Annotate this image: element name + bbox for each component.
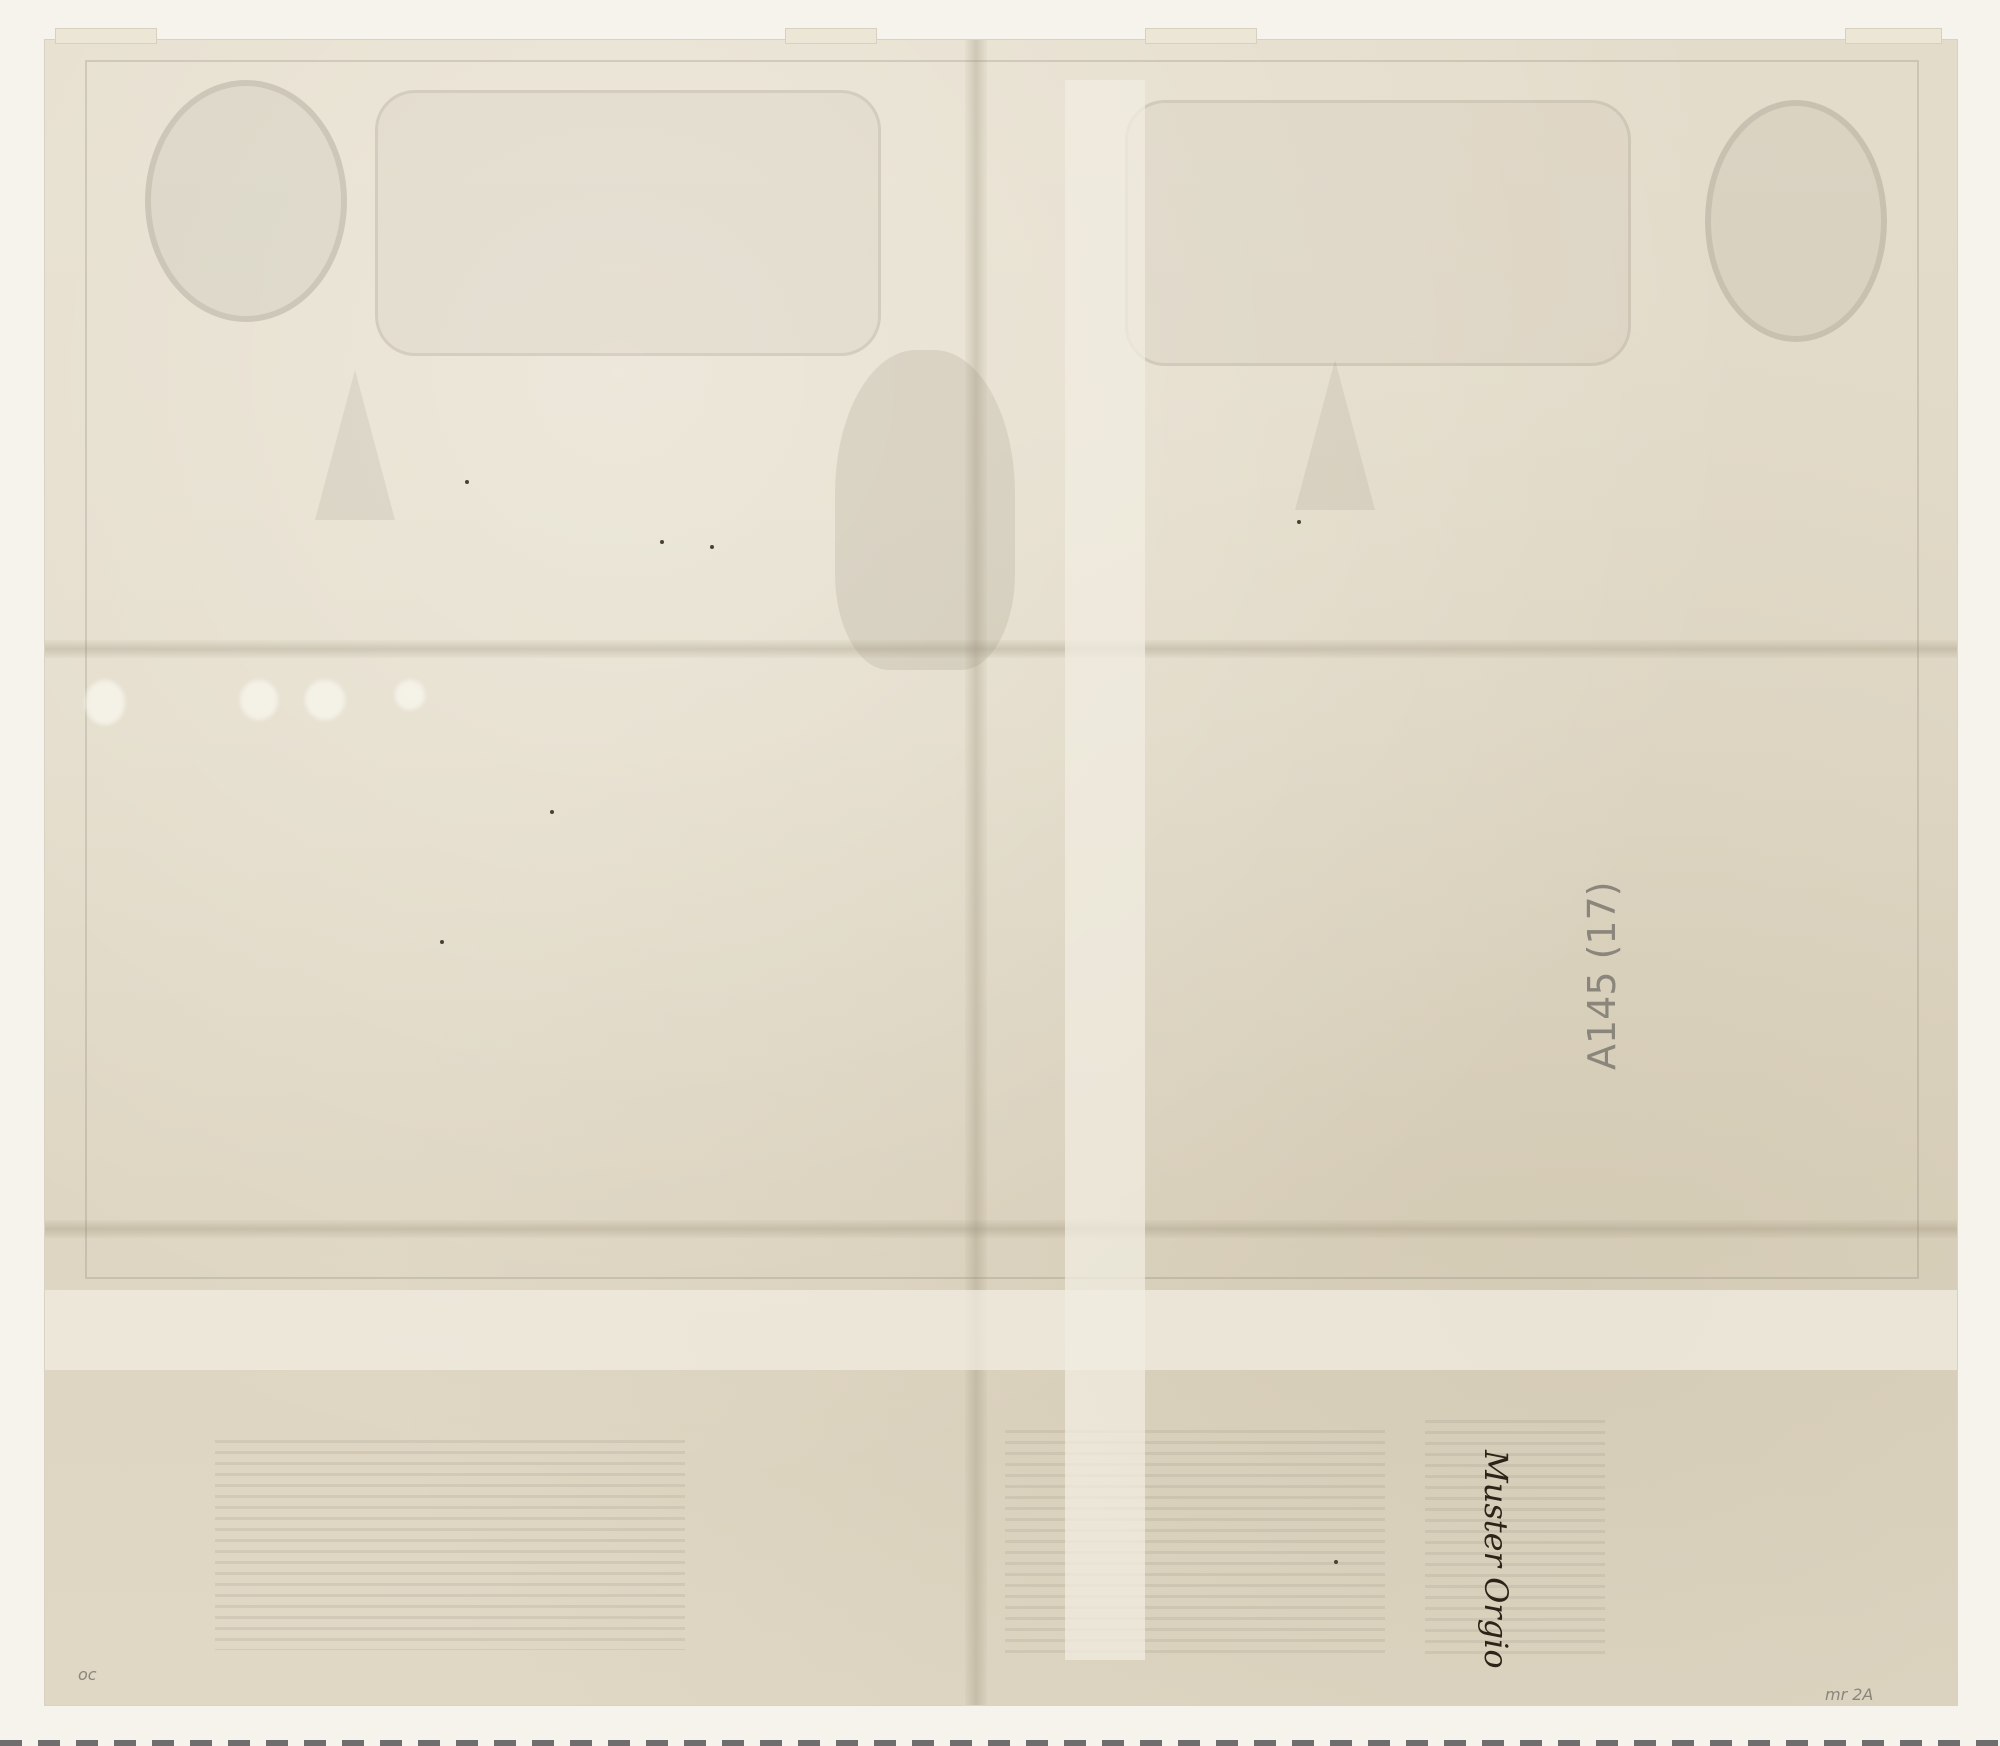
engraving-border — [85, 60, 1919, 1279]
standing-figure — [835, 350, 1015, 670]
bottom-left-pencil-text: oc — [78, 1665, 97, 1684]
ink-note: Muster Orgio — [1477, 1450, 1515, 1669]
hinge-tape — [1145, 28, 1257, 44]
horizontal-fold — [45, 1220, 1957, 1238]
sonnet-text-center — [1005, 1430, 1385, 1660]
left-portrait-medallion — [145, 80, 347, 322]
speck — [465, 480, 469, 484]
horizontal-fold — [45, 640, 1957, 658]
corner-mark-note: mr 2A — [1825, 1685, 1873, 1704]
ship-sail — [1295, 360, 1375, 510]
hinge-tape — [785, 28, 877, 44]
speck — [1297, 520, 1301, 524]
repair-strip — [1065, 80, 1145, 1660]
sonnet-text-right — [1425, 1420, 1605, 1660]
top-right-cartouche — [1125, 100, 1631, 366]
inventory-number-note: A145 (17) — [1580, 881, 1624, 1070]
corner-mark-text: mr 2A — [1825, 1685, 1873, 1704]
paste-stain — [85, 680, 125, 725]
hinge-tape — [1845, 28, 1942, 44]
ship-sail — [315, 370, 395, 520]
bottom-left-pencil-note: oc — [78, 1665, 97, 1684]
hinge-tape — [55, 28, 157, 44]
speck — [710, 545, 714, 549]
right-portrait-medallion — [1705, 100, 1887, 342]
speck — [550, 810, 554, 814]
paper-sheet — [45, 40, 1957, 1705]
top-left-cartouche — [375, 90, 881, 356]
inventory-number-text: A145 (17) — [1580, 881, 1624, 1070]
sonnet-text-left — [215, 1440, 685, 1650]
ink-note-text: Muster Orgio — [1477, 1450, 1515, 1669]
paste-stain — [305, 680, 345, 720]
repair-strip — [45, 1290, 1957, 1370]
scale-bar — [0, 1740, 2000, 1746]
vertical-fold — [965, 40, 987, 1705]
speck — [1334, 1560, 1338, 1564]
paste-stain — [395, 680, 425, 710]
speck — [660, 540, 664, 544]
speck — [440, 940, 444, 944]
paste-stain — [240, 680, 278, 720]
